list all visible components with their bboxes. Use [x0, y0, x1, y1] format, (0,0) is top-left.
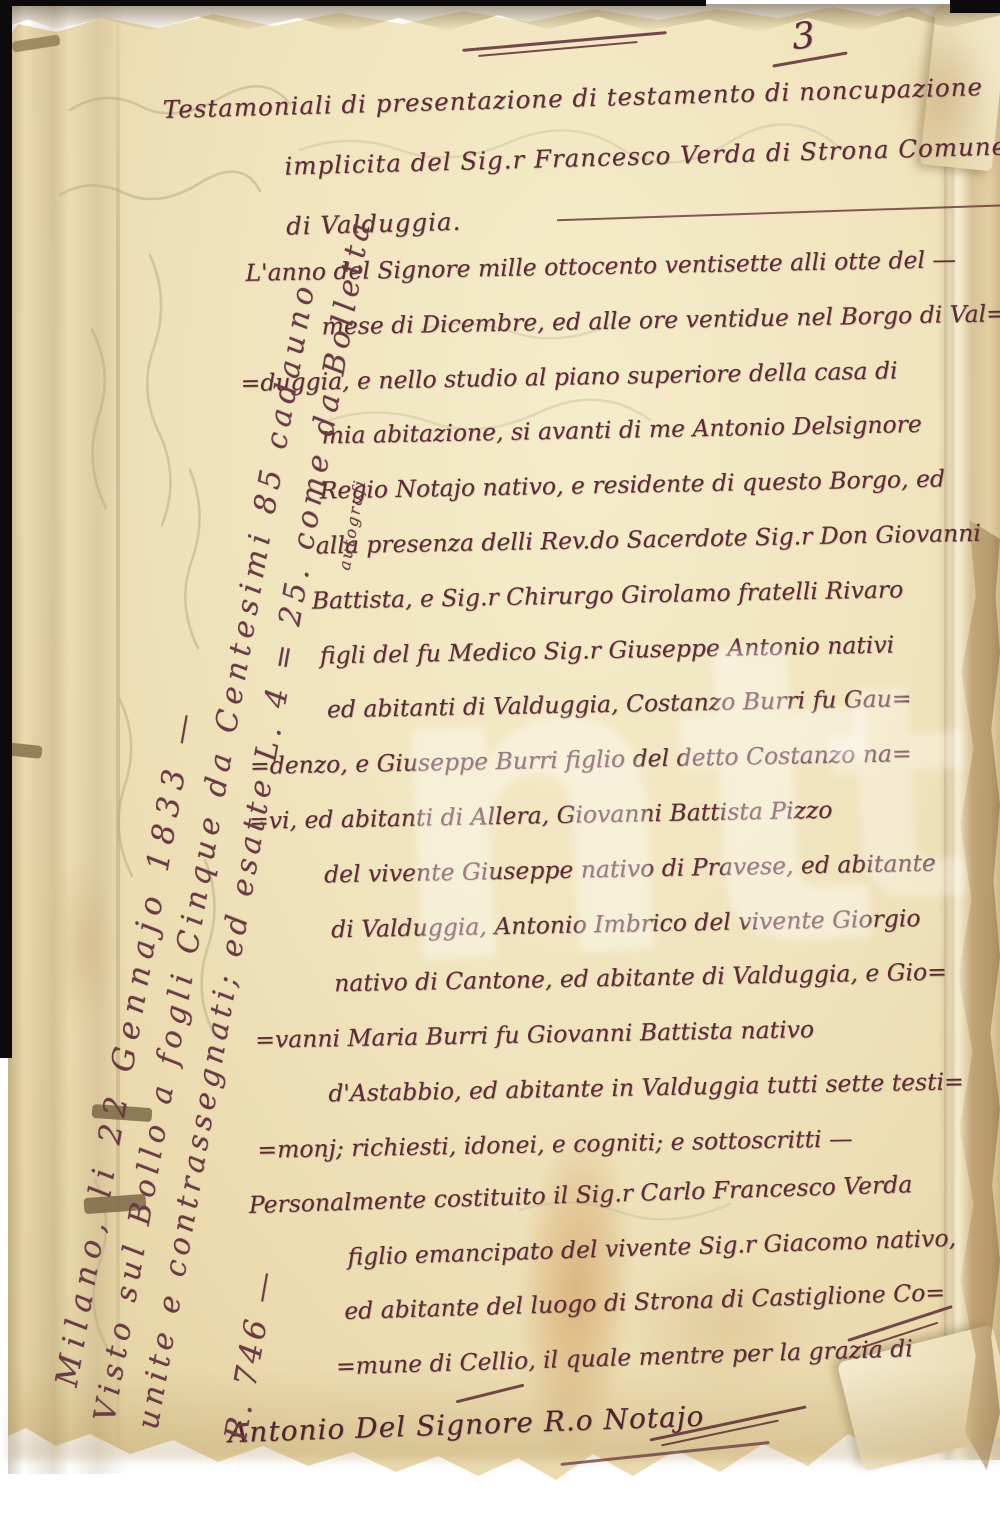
scanned-manuscript-page: nt t 3 Testamoniali di presentazione di … — [0, 0, 1000, 1519]
title-closing-rule — [557, 204, 1000, 221]
scanner-edge-top-right — [950, 0, 1000, 13]
scanner-edge-left — [0, 0, 12, 1058]
page-number: 3 — [790, 15, 817, 58]
scanner-edge-top — [0, 0, 706, 6]
act-closing-paragraph: Personalmente costituito il Sig.r Carlo … — [248, 1156, 960, 1396]
stain-left-margin — [56, 860, 112, 1030]
